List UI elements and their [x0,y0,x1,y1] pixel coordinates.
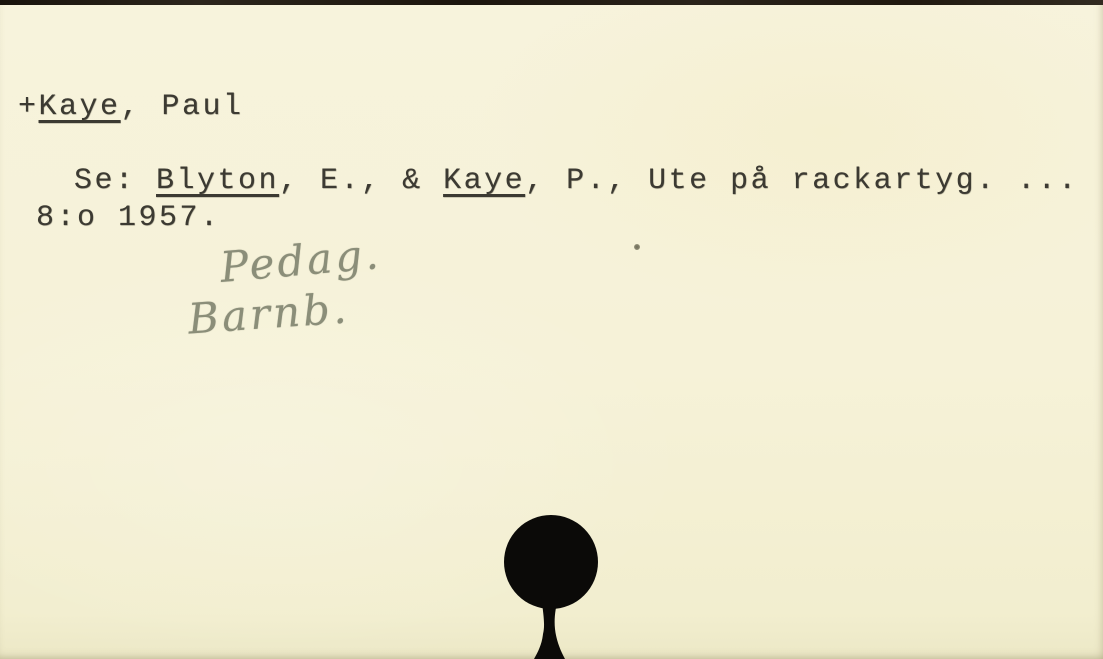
catalog-card: +Kaye, Paul Se: Blyton, E., & Kaye, P., … [0,0,1103,659]
heading-forename: , Paul [121,90,244,124]
see-reference-line: Se: Blyton, E., & Kaye, P., Ute på racka… [74,166,1079,196]
reference-title-text: , P., Ute på rackartyg. ... [525,164,1079,198]
heading-prefix: + [18,90,39,124]
heading-surname-underlined: Kaye [39,90,121,124]
reference-author1-underlined: Blyton [156,164,279,198]
format-year-line: 8:o 1957. [36,203,221,233]
hole-punch [499,514,605,659]
see-label: Se: [74,164,156,198]
handwritten-annotation-barnb: Barnb. [187,287,351,340]
reference-middle-text: , E., & [279,164,443,198]
ink-speck [634,244,640,250]
heading-line: +Kaye, Paul [18,92,244,122]
reference-author2-underlined: Kaye [443,164,525,198]
handwritten-annotation-pedag: Pedag. [218,233,382,289]
card-top-edge [0,0,1103,5]
